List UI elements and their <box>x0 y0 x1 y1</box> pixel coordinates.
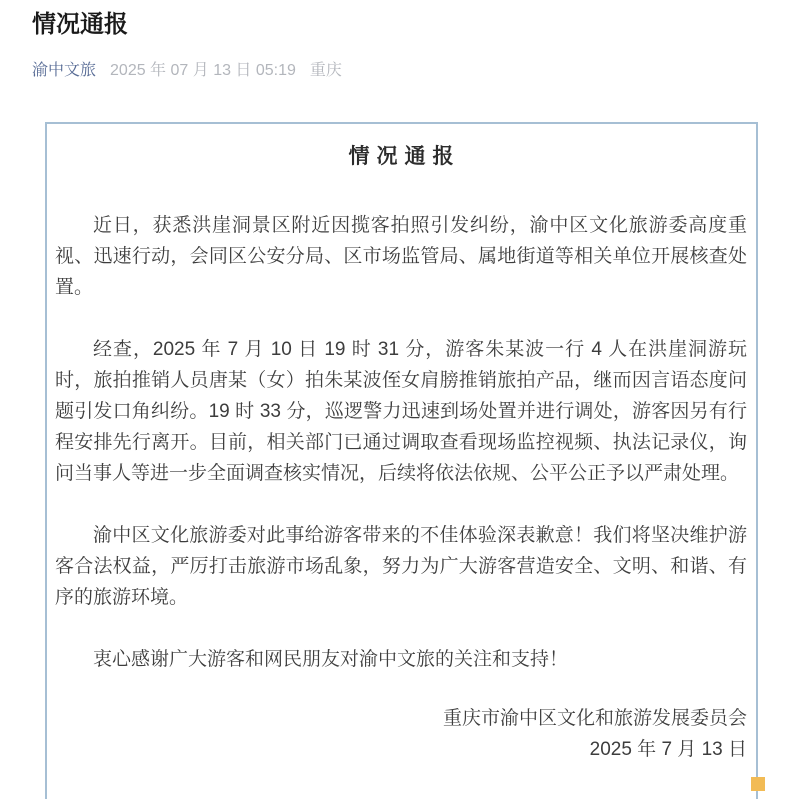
notice-paragraph-4: 衷心感谢广大游客和网民朋友对渝中文旅的关注和支持！ <box>55 644 747 675</box>
article-page: 情况通报 渝中文旅 2025 年 07 月 13 日 05:19 重庆 情况通报… <box>0 0 800 799</box>
notice-image[interactable]: 情况通报 近日，获悉洪崖洞景区附近因揽客拍照引发纠纷，渝中区文化旅游委高度重视、… <box>45 122 758 799</box>
notice-signature: 重庆市渝中区文化和旅游发展委员会 <box>55 703 747 734</box>
publish-location: 重庆 <box>310 60 342 82</box>
notice-paragraph-3: 渝中区文化旅游委对此事给游客带来的不佳体验深表歉意！我们将坚决维护游客合法权益，… <box>55 520 747 613</box>
notice-paragraph-2: 经查，2025 年 7 月 10 日 19 时 31 分，游客朱某波一行 4 人… <box>55 334 747 489</box>
page-title: 情况通报 <box>32 10 768 40</box>
account-name-link[interactable]: 渝中文旅 <box>32 60 96 82</box>
article-meta: 渝中文旅 2025 年 07 月 13 日 05:19 重庆 <box>32 60 768 82</box>
notice-paragraph-1: 近日，获悉洪崖洞景区附近因揽客拍照引发纠纷，渝中区文化旅游委高度重视、迅速行动，… <box>55 210 747 303</box>
publish-datetime: 2025 年 07 月 13 日 05:19 <box>110 60 296 82</box>
notice-title: 情况通报 <box>55 144 747 170</box>
resize-handle[interactable] <box>751 777 765 791</box>
notice-sign-date: 2025 年 7 月 13 日 <box>55 734 747 765</box>
